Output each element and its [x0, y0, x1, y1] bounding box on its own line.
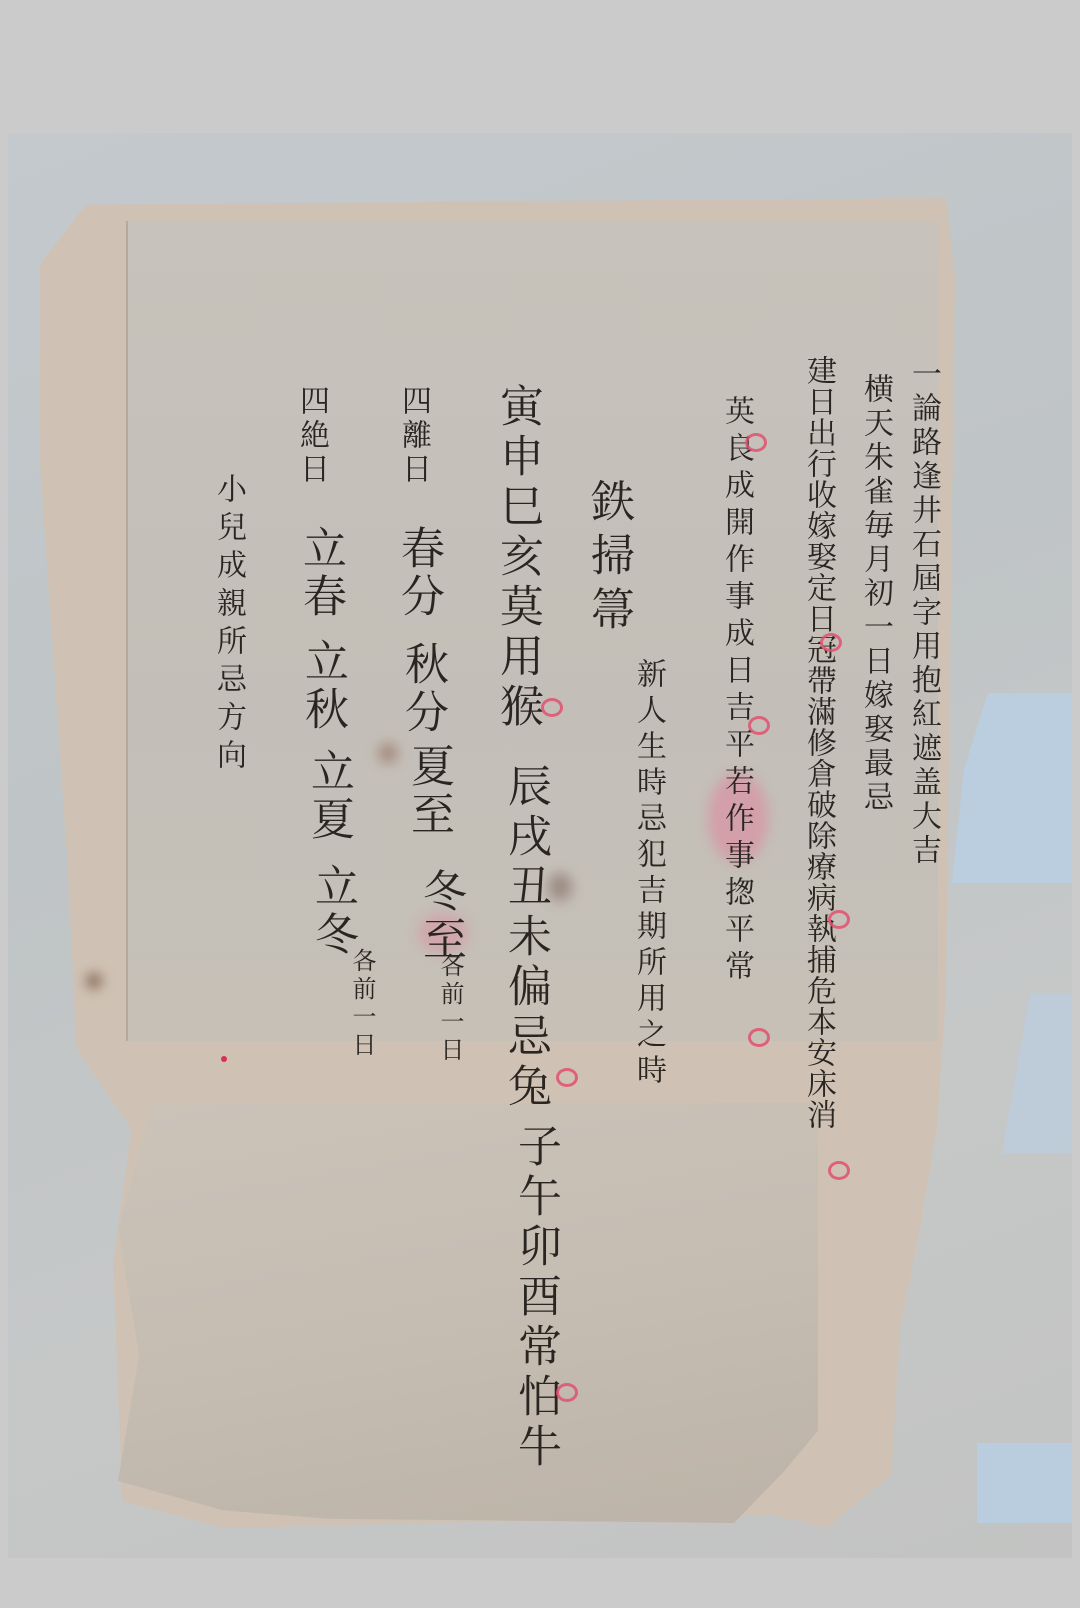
photograph-backdrop: 一論路逢井石屆字用抱紅遮盖大吉 横天朱雀毎月初一日嫁娶最忌 建日出行收嫁娶定日冠…	[8, 133, 1072, 1558]
red-circle-mark	[556, 1383, 578, 1402]
red-circle-mark	[820, 633, 842, 652]
ink-stain	[378, 743, 398, 763]
si-jue-ri-item: 立秋	[300, 638, 344, 734]
light-glare	[977, 1443, 1072, 1523]
si-li-ri-note: 各前一日	[438, 953, 462, 1065]
ink-stain	[86, 973, 102, 989]
si-li-ri-label: 四離日	[398, 385, 428, 487]
text-column-2: 横天朱雀毎月初一日嫁娶最忌	[860, 373, 890, 815]
ink-stain	[548, 873, 572, 901]
light-glare	[1002, 993, 1072, 1153]
si-li-ri-item: 冬至	[418, 868, 462, 964]
red-circle-mark	[748, 1028, 770, 1047]
si-li-ri-item: 秋分	[400, 641, 444, 737]
text-column-4: 英良成開作事成日吉平若作事揔平常	[721, 395, 751, 987]
text-column-heading: 鉄掃箒	[586, 478, 630, 640]
si-jue-ri-item: 立冬	[310, 863, 354, 959]
text-column-3: 建日出行收嫁娶定日冠帶滿修倉破除療病執捕危本安床消	[803, 355, 833, 1130]
text-column-7c: 子午卯酉常怕牛	[513, 1123, 557, 1473]
red-circle-mark	[745, 433, 767, 452]
si-jue-ri-label: 四絶日	[296, 385, 326, 487]
text-column-7a: 寅申巳亥莫用猴	[495, 383, 539, 733]
red-circle-mark	[828, 910, 850, 929]
si-jue-ri-item: 立夏	[306, 748, 350, 844]
red-circle-mark	[748, 716, 770, 735]
red-circle-mark	[828, 1161, 850, 1180]
si-jue-ri-item: 立春	[298, 525, 342, 621]
red-circle-mark	[556, 1068, 578, 1087]
text-column-7b: 辰戌丑未偏忌兔	[503, 763, 547, 1113]
si-jue-ri-note: 各前一日	[350, 948, 374, 1060]
si-li-ri-item: 夏至	[406, 743, 450, 839]
text-column-10: 小兒成親所忌方向	[213, 473, 243, 777]
red-dot	[221, 1056, 227, 1062]
text-column-6: 新人生時忌犯吉期所用之時	[633, 658, 663, 1090]
manuscript-torn-lower	[118, 1103, 818, 1523]
si-li-ri-item: 春分	[396, 525, 440, 621]
light-glare	[952, 693, 1072, 883]
text-column-1: 一論路逢井石屆字用抱紅遮盖大吉	[908, 358, 938, 868]
red-circle-mark	[541, 698, 563, 717]
